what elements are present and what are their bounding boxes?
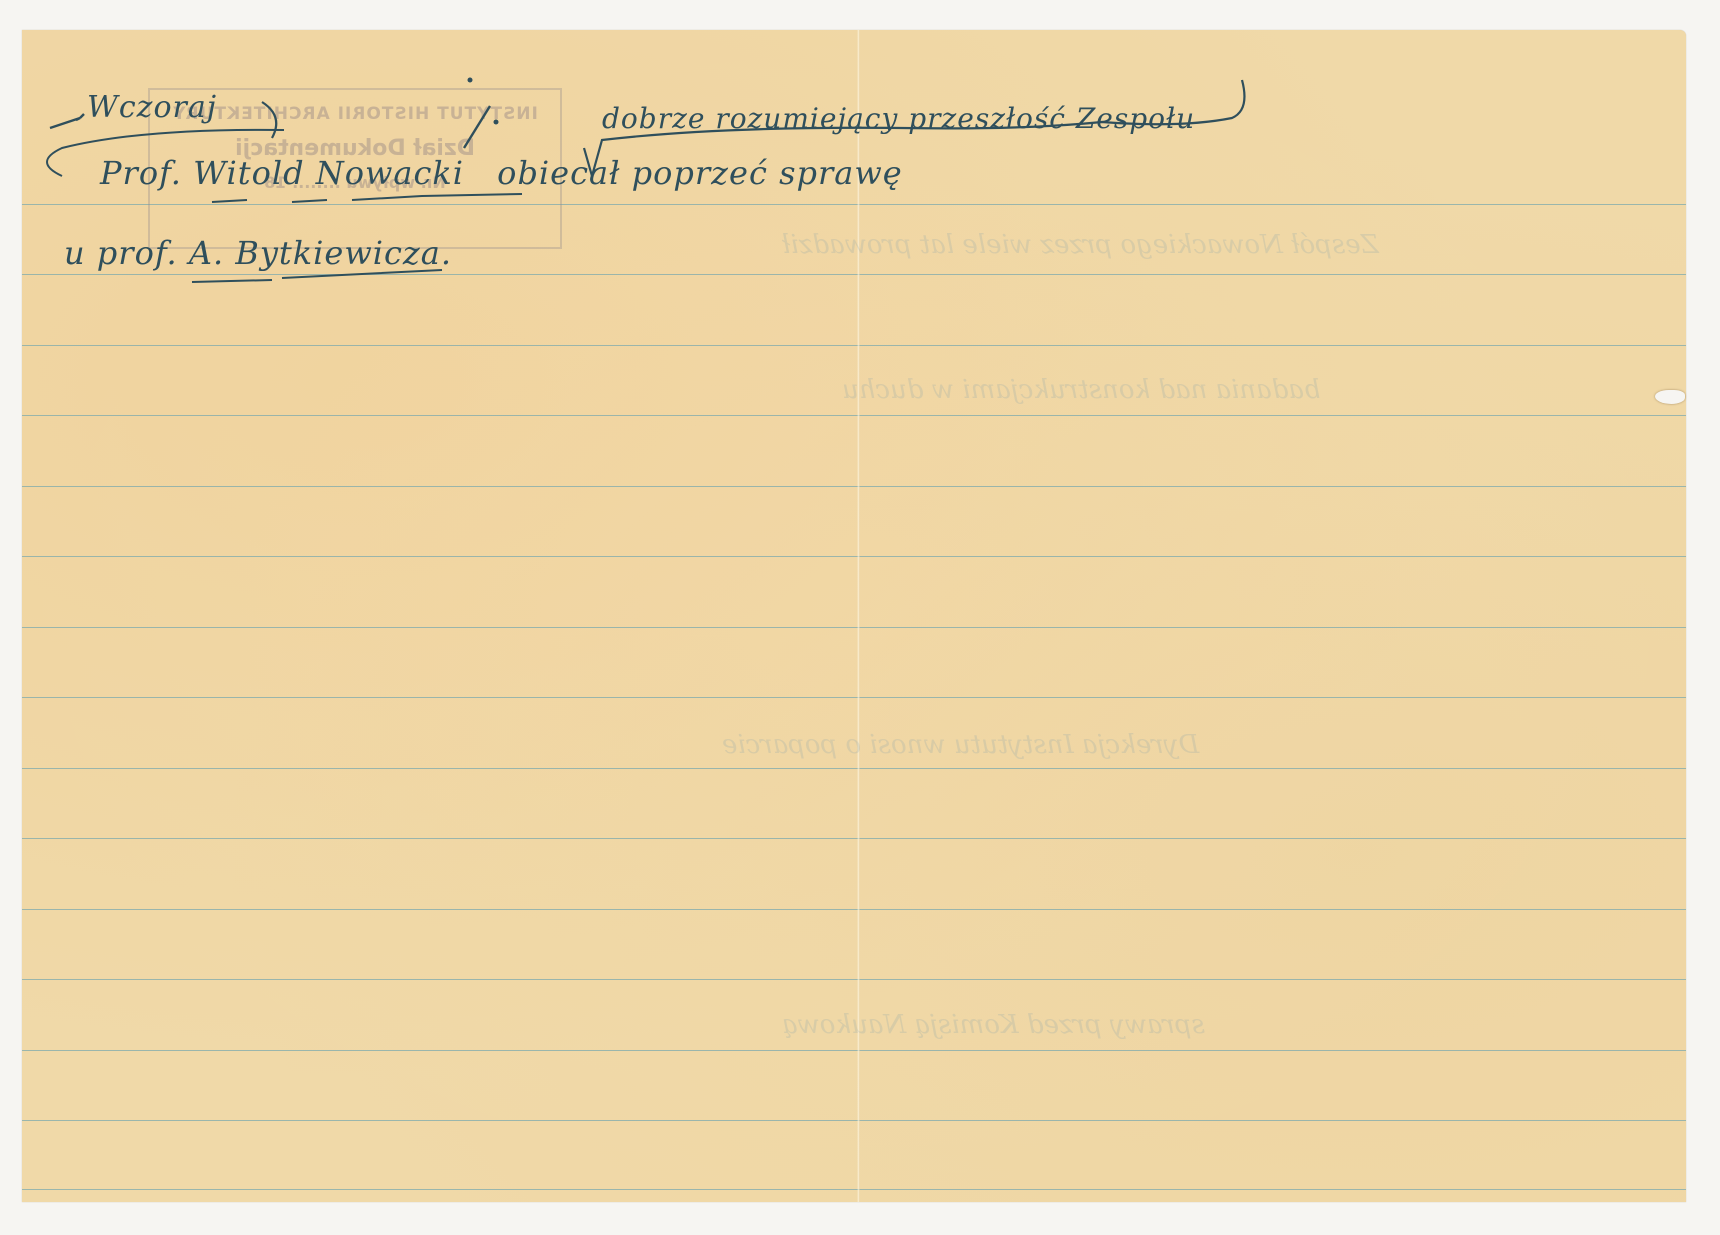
paper-sheet: Zespół Nowackiego przez wiele lat prowad… [22,30,1686,1202]
note-insertion: dobrze rozumiejący przeszłość Zespołu [602,102,1195,135]
note-word-wczoraj: Wczoraj [87,90,217,125]
note-promise: obiecał poprzeć sprawę [497,154,903,192]
pen-strokes [22,30,1686,1202]
note-line-1: Wczoraj [87,90,217,125]
note-line-2: Prof. Witold Nowacki obiecał poprzeć spr… [100,154,903,192]
note-line-3: u prof. A. Bytkiewicza. [64,234,452,272]
note-name-nowacki: Prof. Witold Nowacki [100,154,464,192]
